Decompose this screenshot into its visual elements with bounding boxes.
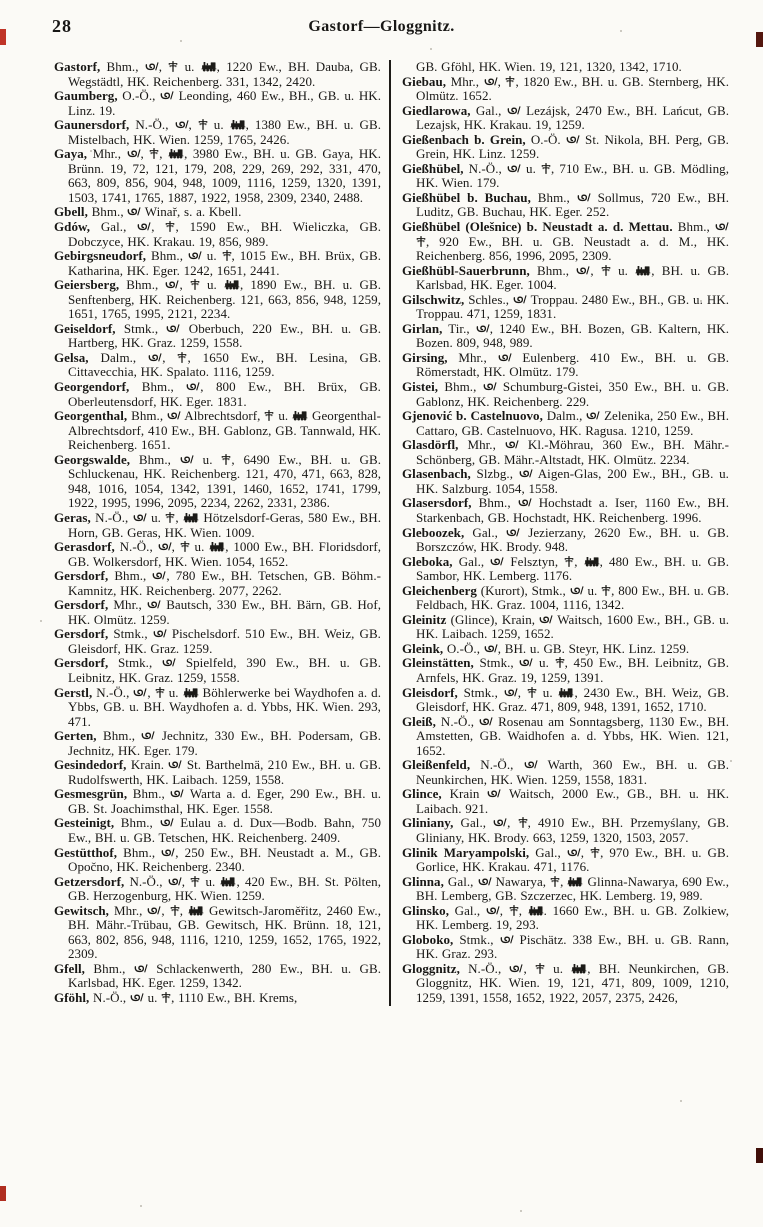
- entry-headword: Gistei,: [402, 379, 438, 394]
- entry-headword: Gersdorf,: [54, 568, 108, 583]
- telegraph-icon: [190, 875, 200, 890]
- telephone-icon: [158, 540, 172, 555]
- telephone-icon: [566, 133, 580, 148]
- directory-entry: Georgendorf, Bhm., , 800 Ew., BH. Brüx, …: [54, 380, 381, 409]
- entry-headword: Globoko,: [402, 932, 453, 947]
- telephone-icon: [168, 758, 182, 773]
- telephone-icon: [513, 293, 527, 308]
- directory-entry: Gerstl, N.-Ö., , u. Böhlerwerke bei Wayd…: [54, 686, 381, 730]
- entry-headword: Girsing,: [402, 350, 448, 365]
- railway-station-icon: [230, 118, 246, 133]
- directory-entry: Getzersdorf, N.-Ö., , u. , 420 Ew., BH. …: [54, 875, 381, 904]
- railway-station-icon: [209, 540, 225, 555]
- directory-entry: Gistei, Bhm., Schumburg-Gistei, 350 Ew.,…: [402, 380, 729, 409]
- directory-entry: Gleinstätten, Stmk., u. , 450 Ew., BH. L…: [402, 656, 729, 685]
- directory-entry: Gersdorf, Bhm., , 780 Ew., BH. Tetschen,…: [54, 569, 381, 598]
- telegraph-icon: [509, 904, 519, 919]
- entry-headword: Georgenthal,: [54, 408, 127, 423]
- railway-station-icon: [584, 555, 600, 570]
- directory-entry: Gleißenfeld, N.-Ö., Warth, 360 Ew., BH. …: [402, 758, 729, 787]
- entry-headword: Gbell,: [54, 204, 88, 219]
- railway-station-icon: [224, 278, 240, 293]
- telephone-icon: [168, 875, 182, 890]
- railway-station-icon: [292, 409, 308, 424]
- telephone-icon: [570, 584, 584, 599]
- telegraph-icon: [555, 656, 565, 671]
- telegraph-icon: [198, 118, 208, 133]
- entry-headword: Glasersdorf,: [402, 495, 472, 510]
- telegraph-icon: [564, 555, 574, 570]
- directory-entry: Gleiß, N.-Ö., Rosenau am Sonntagsberg, 1…: [402, 715, 729, 759]
- telephone-icon: [147, 904, 161, 919]
- scan-speck: [680, 1100, 682, 1102]
- entry-headword: Giedlarowa,: [402, 103, 471, 118]
- entry-headword: Gliniany,: [402, 815, 453, 830]
- railway-station-icon: [168, 147, 184, 162]
- telephone-icon: [152, 569, 166, 584]
- entry-headword: Gießenbach b. Grein,: [402, 132, 526, 147]
- directory-entry: Gaunersdorf, N.-Ö., , u. , 1380 Ew., BH.…: [54, 118, 381, 147]
- entry-headword: Gaunersdorf,: [54, 117, 129, 132]
- directory-entry: Gesmesgrün, Bhm., Warta a. d. Eger, 290 …: [54, 787, 381, 816]
- directory-entry: Gjenović b. Castelnuovo, Dalm., Zelenika…: [402, 409, 729, 438]
- telegraph-icon: [155, 686, 165, 701]
- directory-entry: Gliniany, Gal., , , 4910 Ew., BH. Przemy…: [402, 816, 729, 845]
- directory-entry: Gießhübel b. Buchau, Bhm., Sollmus, 720 …: [402, 191, 729, 220]
- entry-headword: Gleinstätten,: [402, 655, 474, 670]
- telephone-icon: [153, 627, 167, 642]
- directory-entry: Glasenbach, Slzbg., Aigen-Glas, 200 Ew.,…: [402, 467, 729, 496]
- directory-entry: Gaumberg, O.-Ö., Leonding, 460 Ew., BH.,…: [54, 89, 381, 118]
- telephone-icon: [476, 322, 490, 337]
- directory-entry: Globoko, Stmk., Pischätz. 338 Ew., BH. u…: [402, 933, 729, 962]
- telephone-icon: [498, 351, 512, 366]
- telephone-icon: [507, 162, 521, 177]
- telephone-icon: [479, 715, 493, 730]
- telephone-icon: [161, 846, 175, 861]
- directory-entry: Gerasdorf, N.-Ö., , u. , 1000 Ew., BH. F…: [54, 540, 381, 569]
- directory-entry: Gbell, Bhm., Winař, s. a. Kbell.: [54, 205, 381, 220]
- directory-entry: Gersdorf, Stmk., Pischelsdorf. 510 Ew., …: [54, 627, 381, 656]
- entry-headword: Gesindedorf,: [54, 757, 126, 772]
- telephone-icon: [539, 613, 553, 628]
- directory-entry: Gleboozek, Gal., Jezierzany, 2620 Ew., B…: [402, 526, 729, 555]
- telegraph-icon: [190, 278, 200, 293]
- railway-station-icon: [220, 875, 236, 890]
- entry-headword: Gaumberg,: [54, 88, 118, 103]
- directory-entry: Glinsko, Gal., , , . 1660 Ew., BH. u. GB…: [402, 904, 729, 933]
- entry-headword: Gleboozek,: [402, 525, 464, 540]
- entry-headword: Gesteinigt,: [54, 815, 114, 830]
- telephone-icon: [486, 904, 500, 919]
- directory-entry: Girsing, Mhr., Eulenberg. 410 Ew., BH. u…: [402, 351, 729, 380]
- telegraph-icon: [221, 453, 231, 468]
- directory-content: Gastorf, Bhm., , u. , 1220 Ew., BH. Daub…: [54, 60, 729, 1006]
- directory-entry: Gastorf, Bhm., , u. , 1220 Ew., BH. Daub…: [54, 60, 381, 89]
- telegraph-icon: [170, 904, 180, 919]
- scan-edge-mark: [0, 1186, 6, 1201]
- scan-speck: [40, 620, 42, 622]
- directory-entry: Geiersberg, Bhm., , u. , 1890 Ew., BH. u…: [54, 278, 381, 322]
- telephone-icon: [484, 75, 498, 90]
- entry-headword: Gleißenfeld,: [402, 757, 470, 772]
- directory-entry: Gilschwitz, Schles., Troppau. 2480 Ew., …: [402, 293, 729, 322]
- telegraph-icon: [264, 409, 274, 424]
- railway-station-icon: [188, 904, 204, 919]
- telephone-icon: [493, 816, 507, 831]
- directory-entry: Gföhl, N.-Ö., u. , 1110 Ew., BH. Krems,: [54, 991, 381, 1006]
- entry-headword: Glince,: [402, 786, 442, 801]
- scan-speck: [620, 30, 622, 32]
- telephone-icon: [490, 555, 504, 570]
- telegraph-icon: [527, 686, 537, 701]
- telephone-icon: [509, 962, 523, 977]
- entry-headword: Georgendorf,: [54, 379, 129, 394]
- entry-headword: Gleboka,: [402, 554, 453, 569]
- telegraph-icon: [165, 511, 175, 526]
- telephone-icon: [518, 496, 532, 511]
- entry-headword: Gleichenberg: [402, 583, 477, 598]
- telephone-icon: [175, 118, 189, 133]
- directory-entry: Gewitsch, Mhr., , , Gewitsch-Jaroměřitz,…: [54, 904, 381, 962]
- directory-entry: Giebau, Mhr., , , 1820 Ew., BH. u. GB. S…: [402, 75, 729, 104]
- entry-headword: Georgswalde,: [54, 452, 130, 467]
- entry-headword: Gewitsch,: [54, 903, 109, 918]
- entry-headword: Giebau,: [402, 74, 446, 89]
- directory-entry: Georgswalde, Bhm., u. , 6490 Ew., BH. u.…: [54, 453, 381, 511]
- telegraph-icon: [505, 75, 515, 90]
- directory-entry: Glinik Maryampolski, Gal., , , 970 Ew., …: [402, 846, 729, 875]
- entry-headword: Gießhübl-Sauerbrunn,: [402, 263, 530, 278]
- telephone-icon: [715, 220, 729, 235]
- telephone-icon: [507, 104, 521, 119]
- entry-headword: Gleinitz: [402, 612, 446, 627]
- directory-entry: Glinna, Gal., Nawarya, , Glinna-Nawarya,…: [402, 875, 729, 904]
- scan-speck: [140, 1205, 142, 1207]
- telephone-icon: [188, 249, 202, 264]
- entry-headword: Gjenović b. Castelnuovo,: [402, 408, 543, 423]
- entry-headword: Gestütthof,: [54, 845, 117, 860]
- telephone-icon: [586, 409, 600, 424]
- telegraph-icon: [149, 147, 159, 162]
- telegraph-icon: [416, 235, 426, 250]
- telephone-icon: [180, 453, 194, 468]
- scan-edge-mark: [756, 1148, 763, 1163]
- entry-headword: Gdów,: [54, 219, 90, 234]
- entry-headword: Gleiß,: [402, 714, 436, 729]
- telegraph-icon: [550, 875, 560, 890]
- telegraph-icon: [535, 962, 545, 977]
- directory-entry: Gleinitz (Glince), Krain, Waitsch, 1600 …: [402, 613, 729, 642]
- directory-entry: Gersdorf, Mhr., Bautsch, 330 Ew., BH. Bä…: [54, 598, 381, 627]
- column-left: Gastorf, Bhm., , u. , 1220 Ew., BH. Daub…: [54, 60, 389, 1006]
- directory-entry: Gesindedorf, Krain. St. Barthelmä, 210 E…: [54, 758, 381, 787]
- telegraph-icon: [177, 351, 187, 366]
- directory-entry: Gdów, Gal., , , 1590 Ew., BH. Wieliczka,…: [54, 220, 381, 249]
- directory-entry: Gleichenberg (Kurort), Stmk., u. , 800 E…: [402, 584, 729, 613]
- telephone-icon: [524, 758, 538, 773]
- telephone-icon: [166, 322, 180, 337]
- railway-station-icon: [201, 60, 217, 75]
- directory-entry: Gießhübel, N.-Ö., u. , 710 Ew., BH. u. G…: [402, 162, 729, 191]
- entry-headword: Gießhübel b. Buchau,: [402, 190, 531, 205]
- entry-headword: Getzersdorf,: [54, 874, 124, 889]
- telephone-icon: [504, 686, 518, 701]
- entry-headword: Gersdorf,: [54, 655, 108, 670]
- entry-headword: Gilschwitz,: [402, 292, 464, 307]
- directory-entry: Gfell, Bhm., Schlackenwerth, 280 Ew., BH…: [54, 962, 381, 991]
- directory-entry: Gießenbach b. Grein, O.-Ö. St. Nikola, B…: [402, 133, 729, 162]
- entry-headword: Gebirgsneudorf,: [54, 248, 146, 263]
- telephone-icon: [137, 220, 151, 235]
- entry-headword: Gerten,: [54, 728, 97, 743]
- directory-entry: Gerten, Bhm., Jechnitz, 330 Ew., BH. Pod…: [54, 729, 381, 758]
- telephone-icon: [478, 875, 492, 890]
- directory-entry: Gaya, Mhr., , , , 3980 Ew., BH. u. GB. G…: [54, 147, 381, 205]
- telephone-icon: [170, 787, 184, 802]
- telephone-icon: [141, 729, 155, 744]
- railway-station-icon: [571, 962, 587, 977]
- entry-headword: Gerasdorf,: [54, 539, 115, 554]
- entry-headword: Glinik Maryampolski,: [402, 845, 529, 860]
- directory-entry: Gießhübel (Olešnice) b. Neustadt a. d. M…: [402, 220, 729, 264]
- telephone-icon: [127, 205, 141, 220]
- scan-speck: [520, 1210, 522, 1212]
- telephone-icon: [500, 933, 514, 948]
- telephone-icon: [567, 846, 581, 861]
- entry-headword: Gersdorf,: [54, 597, 108, 612]
- entry-headword: Gesmesgrün,: [54, 786, 127, 801]
- entry-headword: Gföhl,: [54, 990, 89, 1005]
- directory-entry: Giedlarowa, Gal., Lezájsk, 2470 Ew., BH.…: [402, 104, 729, 133]
- telegraph-icon: [601, 584, 611, 599]
- telegraph-icon: [165, 220, 175, 235]
- railway-station-icon: [567, 875, 583, 890]
- entry-headword: Glinsko,: [402, 903, 449, 918]
- scanned-directory-page: { "page": { "number": "28", "header_titl…: [0, 0, 763, 1227]
- directory-entry: Glince, Krain Waitsch, 2000 Ew., GB., BH…: [402, 787, 729, 816]
- telephone-icon: [576, 264, 590, 279]
- telephone-icon: [133, 686, 147, 701]
- scan-speck: [90, 150, 92, 152]
- entry-headword: Glinna,: [402, 874, 444, 889]
- telephone-icon: [134, 962, 148, 977]
- entry-headword: Geiseldorf,: [54, 321, 116, 336]
- telephone-icon: [133, 511, 147, 526]
- telephone-icon: [148, 351, 162, 366]
- entry-headword: Gießhübel,: [402, 161, 464, 176]
- directory-entry: GB. Gföhl, HK. Wien. 19, 121, 1320, 1342…: [402, 60, 729, 75]
- directory-entry: Georgenthal, Bhm., Albrechtsdorf, u. Geo…: [54, 409, 381, 453]
- telegraph-icon: [222, 249, 232, 264]
- entry-headword: Gleink,: [402, 641, 443, 656]
- directory-entry: Gleisdorf, Stmk., , u. , 2430 Ew., BH. W…: [402, 686, 729, 715]
- railway-station-icon: [558, 686, 574, 701]
- scan-speck: [700, 300, 702, 302]
- scan-speck: [180, 40, 182, 42]
- telephone-icon: [160, 89, 174, 104]
- telegraph-icon: [161, 991, 171, 1006]
- telephone-icon: [505, 438, 519, 453]
- telephone-icon: [127, 147, 141, 162]
- telegraph-icon: [541, 162, 551, 177]
- scan-speck: [730, 760, 732, 762]
- telegraph-icon: [518, 816, 528, 831]
- entry-headword: Gerstl,: [54, 685, 92, 700]
- scan-edge-mark: [756, 32, 763, 47]
- scan-speck: [430, 48, 432, 50]
- entry-headword: Gastorf,: [54, 59, 100, 74]
- telegraph-icon: [590, 846, 600, 861]
- entry-headword: Geras,: [54, 510, 91, 525]
- entry-headword: Gersdorf,: [54, 626, 108, 641]
- entry-headword: Gloggnitz,: [402, 961, 460, 976]
- entry-headword: Gaya,: [54, 146, 87, 161]
- telephone-icon: [186, 380, 200, 395]
- telegraph-icon: [601, 264, 611, 279]
- telephone-icon: [162, 656, 176, 671]
- directory-entry: Gebirgsneudorf, Bhm., u. , 1015 Ew., BH.…: [54, 249, 381, 278]
- entry-headword: Girlan,: [402, 321, 442, 336]
- directory-entry: Gießhübl-Sauerbrunn, Bhm., , u. , BH. u.…: [402, 264, 729, 293]
- telephone-icon: [130, 991, 144, 1006]
- telephone-icon: [484, 642, 498, 657]
- directory-entry: Gesteinigt, Bhm., Eulau a. d. Dux—Bodb. …: [54, 816, 381, 845]
- column-right column-divider: GB. Gföhl, HK. Wien. 19, 121, 1320, 1342…: [389, 60, 729, 1006]
- railway-station-icon: [183, 686, 199, 701]
- telephone-icon: [483, 380, 497, 395]
- scan-edge-mark: [0, 29, 6, 45]
- entry-headword: Geiersberg,: [54, 277, 119, 292]
- telephone-icon: [506, 526, 520, 541]
- directory-entry: Gersdorf, Stmk., Spielfeld, 390 Ew., BH.…: [54, 656, 381, 685]
- railway-station-icon: [183, 511, 199, 526]
- telephone-icon: [160, 816, 174, 831]
- telephone-icon: [519, 656, 533, 671]
- directory-entry: Gleboka, Gal., Felsztyn, , , 480 Ew., BH…: [402, 555, 729, 584]
- telephone-icon: [487, 787, 501, 802]
- entry-headword: Gelsa,: [54, 350, 89, 365]
- directory-entry: Glasersdorf, Bhm., Hochstadt a. Iser, 11…: [402, 496, 729, 525]
- railway-station-icon: [635, 264, 651, 279]
- telegraph-icon: [168, 60, 178, 75]
- telegraph-icon: [180, 540, 190, 555]
- directory-entry: Geiseldorf, Stmk., Oberbuch, 220 Ew., BH…: [54, 322, 381, 351]
- telephone-icon: [147, 598, 161, 613]
- directory-entry: Geras, N.-Ö., u. , Hötzelsdorf-Geras, 58…: [54, 511, 381, 540]
- directory-entry: Gestütthof, Bhm., , 250 Ew., BH. Neustad…: [54, 846, 381, 875]
- entry-headword: Gleisdorf,: [402, 685, 458, 700]
- directory-entry: Gelsa, Dalm., , , 1650 Ew., BH. Lesina, …: [54, 351, 381, 380]
- railway-station-icon: [528, 904, 544, 919]
- directory-entry: Glasdörfl, Mhr., Kl.-Möhrau, 360 Ew., BH…: [402, 438, 729, 467]
- directory-entry: Gloggnitz, N.-Ö., , u. , BH. Neunkirchen…: [402, 962, 729, 1006]
- telephone-icon: [145, 60, 159, 75]
- telephone-icon: [577, 191, 591, 206]
- page-title: Gastorf—Gloggnitz.: [0, 18, 763, 36]
- entry-headword: Glasenbach,: [402, 466, 471, 481]
- entry-headword: Glasdörfl,: [402, 437, 458, 452]
- telephone-icon: [167, 409, 181, 424]
- telephone-icon: [519, 467, 533, 482]
- entry-headword: Gießhübel (Olešnice) b. Neustadt a. d. M…: [402, 219, 673, 234]
- directory-entry: Gleink, O.-Ö., , BH. u. GB. Steyr, HK. L…: [402, 642, 729, 657]
- directory-entry: Girlan, Tir., , 1240 Ew., BH. Bozen, GB.…: [402, 322, 729, 351]
- entry-headword: Gfell,: [54, 961, 85, 976]
- telephone-icon: [165, 278, 179, 293]
